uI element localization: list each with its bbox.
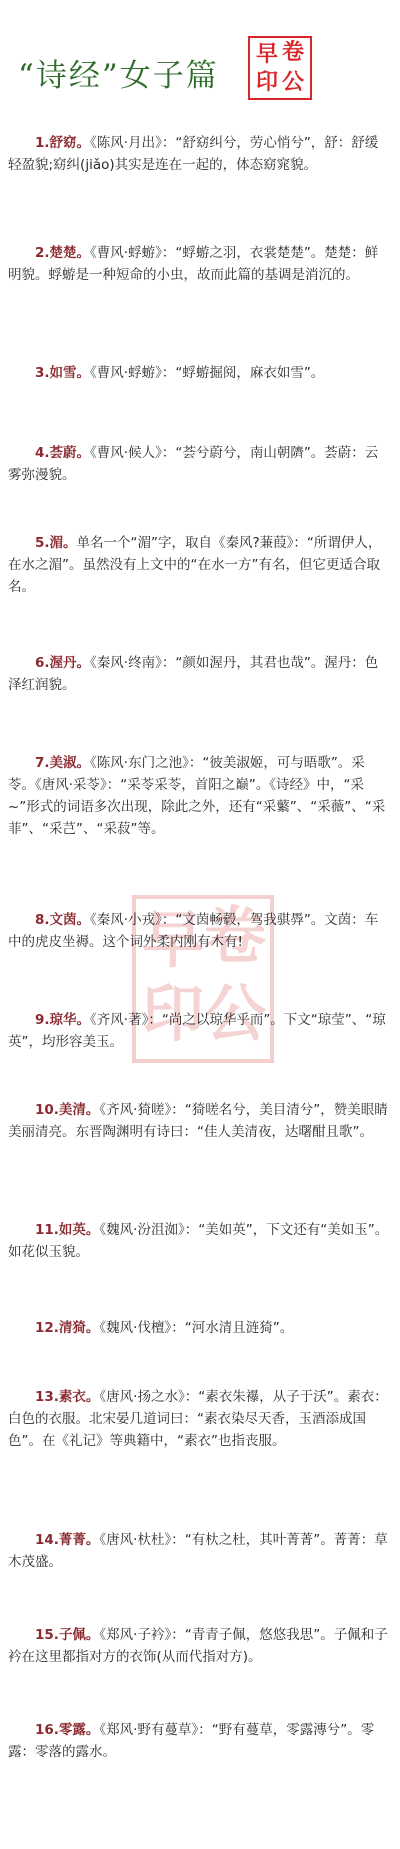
item-heading: 9.琼华。 (35, 1012, 90, 1028)
list-item: 4.荟蔚。《曹风·候人》：“荟兮蔚兮，南山朝隮”。荟蔚：云雾弥漫貌。 (8, 442, 390, 486)
item-heading: 11.如英。 (35, 1222, 99, 1238)
list-item: 16.零露。《郑风·野有蔓草》：“野有蔓草，零露漙兮”。零露：零落的露水。 (8, 1719, 390, 1763)
list-item: 10.美清。《齐风·猗嗟》：“猗嗟名兮，美目清兮”，赞美眼睛美丽清亮。东晋陶渊明… (8, 1099, 390, 1143)
stamp-char: 印 (256, 71, 278, 93)
list-item: 13.素衣。《唐风·扬之水》：“素衣朱襮，从子于沃”。素衣：白色的衣服。北宋晏几… (8, 1386, 390, 1452)
item-heading: 1.舒窈。 (35, 135, 90, 151)
list-item: 7.美淑。《陈风·东门之池》：“彼美淑姬，可与晤歌”。采苓。《唐风·采苓》：“采… (8, 752, 390, 840)
list-item: 12.清猗。《魏风·伐檀》：“河水清且涟猗”。 (8, 1317, 390, 1339)
article-page: “诗经”女子篇 卷 公 早 印 卷 公 早 印 1.舒窈。《陈风·月出》：“舒窈… (0, 0, 400, 1849)
list-item: 1.舒窈。《陈风·月出》：“舒窈纠兮，劳心悄兮”，舒：舒缓轻盈貌;窈纠(jiǎo… (8, 132, 390, 176)
item-heading: 4.荟蔚。 (35, 445, 90, 461)
item-heading: 5.湄。 (35, 535, 77, 551)
list-item: 14.菁菁。《唐风·杕杜》：“有杕之杜，其叶菁菁”。菁菁：草木茂盛。 (8, 1529, 390, 1573)
stamp-char: 早 (256, 43, 278, 65)
item-heading: 6.渥丹。 (35, 655, 90, 671)
seal-stamp-icon: 卷 公 早 印 (248, 36, 312, 100)
list-item: 5.湄。单名一个“湄”字，取自《秦风?蒹葭》：“所谓伊人，在水之湄”。虽然没有上… (8, 532, 390, 598)
list-item: 8.文茵。《秦风·小戎》：“文茵畅毂，驾我骐馵”。文茵：车中的虎皮坐褥。这个词外… (8, 909, 390, 953)
stamp-char: 公 (282, 71, 304, 93)
list-item: 15.子佩。《郑风·子衿》：“青青子佩，悠悠我思”。子佩和子衿在这里都指对方的衣… (8, 1624, 390, 1668)
item-text: 《魏风·伐檀》：“河水清且涟猗”。 (99, 1320, 293, 1336)
item-heading: 16.零露。 (35, 1722, 99, 1738)
item-heading: 8.文茵。 (35, 912, 90, 928)
item-text: 《曹风·蜉蝣》：“蜉蝣掘阅，麻衣如雪”。 (90, 365, 324, 381)
list-item: 11.如英。《魏风·汾沮洳》：“美如英”，下文还有“美如玉”。如花似玉貌。 (8, 1219, 390, 1263)
page-title: “诗经”女子篇 (18, 50, 219, 95)
list-item: 6.渥丹。《秦风·终南》：“颜如渥丹，其君也哉”。渥丹：色泽红润貌。 (8, 652, 390, 696)
item-heading: 7.美淑。 (35, 755, 90, 771)
list-item: 3.如雪。《曹风·蜉蝣》：“蜉蝣掘阅，麻衣如雪”。 (8, 362, 390, 384)
item-heading: 10.美清。 (35, 1102, 99, 1118)
item-heading: 14.菁菁。 (35, 1532, 99, 1548)
item-heading: 2.楚楚。 (35, 245, 90, 261)
item-heading: 3.如雪。 (35, 365, 90, 381)
stamp-char: 卷 (282, 41, 304, 63)
item-heading: 12.清猗。 (35, 1320, 99, 1336)
item-heading: 15.子佩。 (35, 1627, 99, 1643)
list-item: 9.琼华。《齐风·著》：“尚之以琼华乎而”。下文“琼莹”、“琼英”，均形容美玉。 (8, 1009, 390, 1053)
item-heading: 13.素衣。 (35, 1389, 99, 1405)
list-item: 2.楚楚。《曹风·蜉蝣》：“蜉蝣之羽，衣裳楚楚”。楚楚：鲜明貌。蜉蝣是一种短命的… (8, 242, 390, 286)
